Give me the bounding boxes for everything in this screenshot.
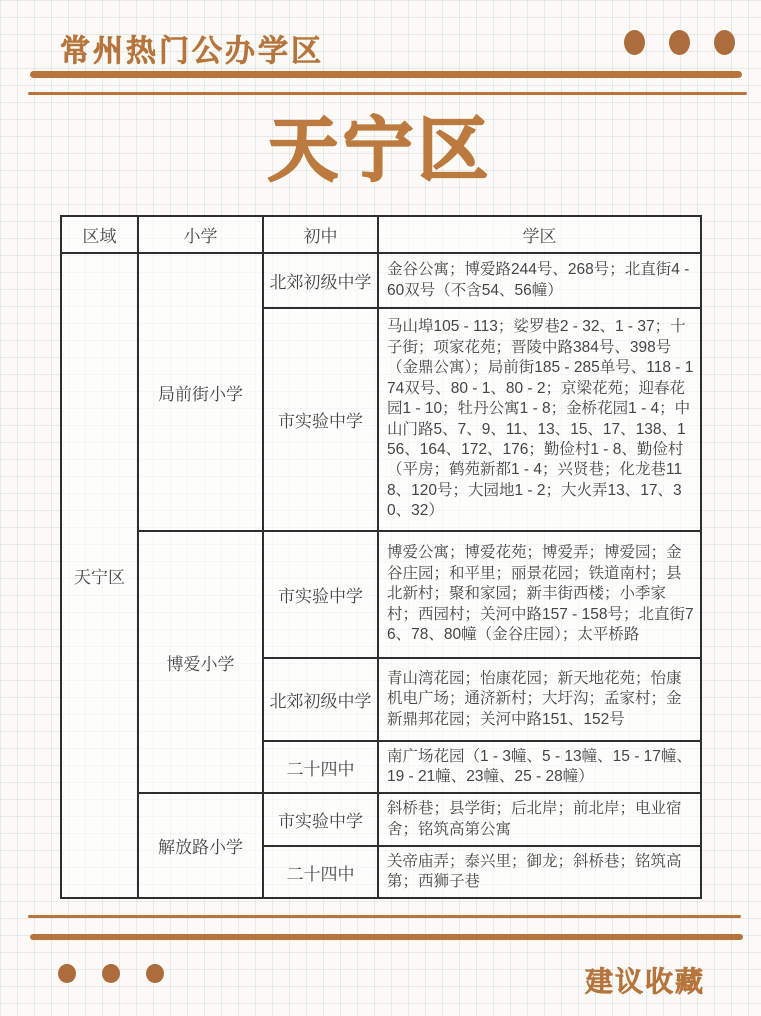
- district-cell: 金谷公寓；博爱路244号、268号；北直街4 - 60双号（不含54、56幢）: [378, 253, 701, 308]
- junior-school-cell: 北郊初级中学: [263, 253, 378, 308]
- dot-icon: [714, 30, 735, 55]
- divider-thick-top: [30, 71, 742, 78]
- district-cell: 博爱公寓；博爱花苑；博爱弄；博爱园；金谷庄园；和平里；丽景花园；铁道南村；县北新…: [378, 531, 701, 658]
- primary-school-cell: 局前街小学: [138, 253, 263, 531]
- col-header-district: 学区: [378, 216, 701, 253]
- district-cell: 关帝庙弄；泰兴里；御龙；斜桥巷；铭筑高第；西狮子巷: [378, 846, 701, 898]
- junior-school-cell: 二十四中: [263, 741, 378, 793]
- district-cell: 南广场花园（1 - 3幢、5 - 13幢、15 - 17幢、19 - 21幢、2…: [378, 741, 701, 793]
- junior-school-cell: 市实验中学: [263, 793, 378, 846]
- page-title: 常州热门公办学区: [60, 26, 324, 70]
- primary-school-cell: 博爱小学: [138, 531, 263, 793]
- junior-school-cell: 市实验中学: [263, 531, 378, 658]
- dot-icon: [669, 30, 690, 55]
- region-cell: 天宁区: [61, 253, 138, 898]
- district-cell: 斜桥巷；县学街；后北岸；前北岸；电业宿舍；铭筑高第公寓: [378, 793, 701, 846]
- footer-note: 建议收藏: [585, 960, 705, 1000]
- junior-school-cell: 二十四中: [263, 846, 378, 898]
- col-header-region: 区域: [61, 216, 138, 253]
- primary-school-cell: 解放路小学: [138, 793, 263, 898]
- decorative-dots-bottom: [58, 964, 164, 983]
- divider-thick-bottom: [30, 934, 743, 940]
- junior-school-cell: 市实验中学: [263, 308, 378, 531]
- col-header-junior-school: 初中: [263, 216, 378, 253]
- table-row: 博爱小学 市实验中学 博爱公寓；博爱花苑；博爱弄；博爱园；金谷庄园；和平里；丽景…: [61, 531, 701, 658]
- dot-icon: [102, 964, 120, 983]
- junior-school-cell: 北郊初级中学: [263, 658, 378, 741]
- dot-icon: [624, 30, 645, 55]
- district-title: 天宁区: [0, 114, 761, 188]
- col-header-primary-school: 小学: [138, 216, 263, 253]
- divider-thin-bottom: [28, 915, 741, 918]
- district-cell: 青山湾花园；怡康花园；新天地花苑；怡康机电广场；通济新村；大圩沟；孟家村；金新鼎…: [378, 658, 701, 741]
- dot-icon: [146, 964, 164, 983]
- table-row: 天宁区 局前街小学 北郊初级中学 金谷公寓；博爱路244号、268号；北直街4 …: [61, 253, 701, 308]
- poster-page: 常州热门公办学区 天宁区 区域 小学 初中 学区 天宁区 局前街小学 北郊初级中…: [0, 0, 761, 1016]
- table-row: 解放路小学 市实验中学 斜桥巷；县学街；后北岸；前北岸；电业宿舍；铭筑高第公寓: [61, 793, 701, 846]
- dot-icon: [58, 964, 76, 983]
- table-header-row: 区域 小学 初中 学区: [61, 216, 701, 253]
- school-district-table: 区域 小学 初中 学区 天宁区 局前街小学 北郊初级中学 金谷公寓；博爱路244…: [60, 215, 702, 899]
- decorative-dots-top: [624, 30, 735, 55]
- divider-thin-top: [28, 92, 747, 95]
- district-cell: 马山埠105 - 113；娑罗巷2 - 32、1 - 37；十子街；项家花苑；晋…: [378, 308, 701, 531]
